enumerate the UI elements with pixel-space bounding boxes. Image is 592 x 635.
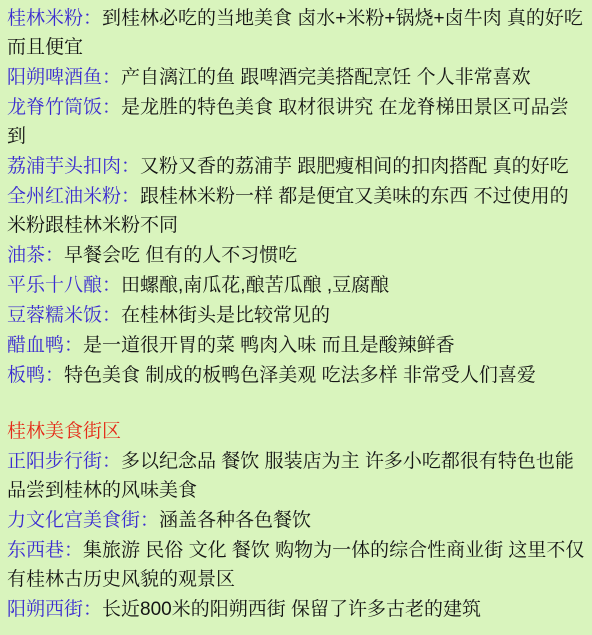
food-item: 荔浦芋头扣肉：又粉又香的荔浦芋 跟肥瘦相间的扣肉搭配 真的好吃 [7,152,585,181]
street-item-label: 阳朔西街： [7,599,102,620]
food-item-desc: 在桂林街头是比较常见的 [121,305,330,326]
street-item-desc: 涵盖各种各色餐饮 [159,510,311,531]
food-item-label: 阳朔啤酒鱼： [7,67,121,88]
food-item: 龙脊竹筒饭：是龙胜的特色美食 取材很讲究 在龙脊梯田景区可品尝到 [7,93,585,151]
food-item-label: 平乐十八酿： [7,275,121,296]
street-section-heading: 桂林美食街区 [7,417,585,446]
street-item-label: 力文化宫美食街： [7,510,159,531]
street-item-desc: 长近800米的阳朔西街 保留了许多古老的建筑 [102,599,481,620]
food-item-desc: 是一道很开胃的菜 鸭肉入味 而且是酸辣鲜香 [83,335,455,356]
food-item-desc: 早餐会吃 但有的人不习惯吃 [64,245,297,266]
food-item-label: 桂林米粉： [7,8,102,29]
food-item-desc: 又粉又香的荔浦芋 跟肥瘦相间的扣肉搭配 真的好吃 [140,156,569,177]
food-notes-page: 桂林米粉：到桂林必吃的当地美食 卤水+米粉+锅烧+卤牛肉 真的好吃 而且便宜 阳… [0,0,592,635]
street-item: 正阳步行街：多以纪念品 餐饮 服装店为主 许多小吃都很有特色也能品尝到桂林的风味… [7,447,585,505]
food-item-desc: 特色美食 制成的板鸭色泽美观 吃法多样 非常受人们喜爱 [64,365,536,386]
street-section: 桂林美食街区 正阳步行街：多以纪念品 餐饮 服装店为主 许多小吃都很有特色也能品… [7,417,585,624]
street-item-label: 正阳步行街： [7,451,121,472]
food-item: 桂林米粉：到桂林必吃的当地美食 卤水+米粉+锅烧+卤牛肉 真的好吃 而且便宜 [7,4,585,62]
street-item-desc: 集旅游 民俗 文化 餐饮 购物为一体的综合性商业街 这里不仅有桂林古历史风貌的观… [7,540,584,590]
food-item-label: 荔浦芋头扣肉： [7,156,140,177]
food-item-label: 豆蓉糯米饭： [7,305,121,326]
food-item: 油茶：早餐会吃 但有的人不习惯吃 [7,241,585,270]
food-item-desc: 田螺酿,南瓜花,酿苦瓜酿 ,豆腐酿 [121,275,389,296]
food-item-label: 龙脊竹筒饭： [7,97,121,118]
street-item-label: 东西巷： [7,540,83,561]
food-item: 板鸭：特色美食 制成的板鸭色泽美观 吃法多样 非常受人们喜爱 [7,361,585,390]
food-item: 平乐十八酿：田螺酿,南瓜花,酿苦瓜酿 ,豆腐酿 [7,271,585,300]
food-item-label: 全州红油米粉： [7,186,140,207]
food-item-label: 醋血鸭： [7,335,83,356]
food-item-label: 板鸭： [7,365,64,386]
food-item: 全州红油米粉：跟桂林米粉一样 都是便宜又美味的东西 不过使用的米粉跟桂林米粉不同 [7,182,585,240]
food-list-section: 桂林米粉：到桂林必吃的当地美食 卤水+米粉+锅烧+卤牛肉 真的好吃 而且便宜 阳… [7,4,585,390]
food-item: 醋血鸭：是一道很开胃的菜 鸭肉入味 而且是酸辣鲜香 [7,331,585,360]
food-item-label: 油茶： [7,245,64,266]
food-item-desc: 产自漓江的鱼 跟啤酒完美搭配烹饪 个人非常喜欢 [121,67,531,88]
food-item: 豆蓉糯米饭：在桂林街头是比较常见的 [7,301,585,330]
street-item: 东西巷：集旅游 民俗 文化 餐饮 购物为一体的综合性商业街 这里不仅有桂林古历史… [7,536,585,594]
food-item: 阳朔啤酒鱼：产自漓江的鱼 跟啤酒完美搭配烹饪 个人非常喜欢 [7,63,585,92]
street-item: 阳朔西街：长近800米的阳朔西街 保留了许多古老的建筑 [7,595,585,624]
street-item: 力文化宫美食街：涵盖各种各色餐饮 [7,506,585,535]
